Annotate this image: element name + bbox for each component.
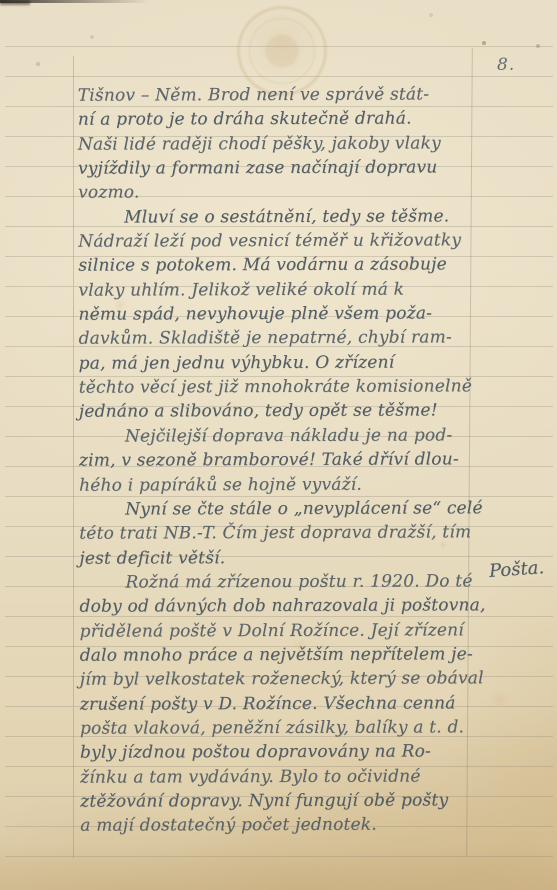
handwritten-line: pa, má jen jednu výhybku. O zřízení: [79, 350, 471, 376]
handwritten-line: davkům. Skladiště je nepatrné, chybí ram…: [79, 326, 471, 352]
handwritten-line: doby od dávných dob nahrazovala ji pošto…: [79, 594, 471, 620]
handwritten-line: žínku a tam vydávány. Bylo to očividné: [80, 764, 472, 790]
left-margin-line: [73, 56, 74, 858]
handwritten-line: pošta vlaková, peněžní zásilky, balíky a…: [80, 715, 472, 741]
handwritten-line: přidělená poště v Dolní Rožínce. Její zř…: [80, 618, 472, 644]
handwritten-line: ztěžování dopravy. Nyní fungují obě pošt…: [80, 788, 472, 814]
margin-note: Pošta.: [488, 557, 544, 582]
handwritten-line: vozmo.: [78, 180, 470, 206]
handwritten-line: a mají dostatečný počet jednotek.: [80, 813, 472, 839]
handwritten-line: Naši lidé raději chodí pěšky, jakoby vla…: [78, 131, 470, 157]
handwritten-line: dalo mnoho práce a největším nepřítelem …: [80, 642, 472, 668]
manuscript-text: Tišnov – Něm. Brod není ve správě stát-n…: [78, 82, 473, 838]
handwritten-line: silnice s potokem. Má vodárnu a zásobuje: [78, 253, 470, 279]
handwritten-line: hého i papíráků se hojně vyváží.: [79, 472, 471, 498]
handwritten-line: jest deficit větší.: [79, 545, 471, 571]
bottom-aging-shade: [0, 844, 557, 890]
manuscript-page: 8. Tišnov – Něm. Brod není ve správě stá…: [0, 0, 557, 890]
handwritten-line: Nejčilejší doprava nákladu je na pod-: [79, 423, 471, 449]
handwritten-line: této trati NB.-T. Čím jest doprava dražš…: [79, 521, 471, 547]
handwritten-line: těchto věcí jest již mnohokráte komision…: [79, 374, 471, 400]
handwritten-line: Nádraží leží pod vesnicí téměř u křižova…: [78, 228, 470, 254]
page-number: 8.: [497, 55, 515, 75]
handwritten-line: Mluví se o sestátnění, tedy se těšme.: [78, 204, 470, 230]
handwritten-line: zrušení pošty v D. Rožínce. Všechna cenn…: [80, 691, 472, 717]
handwritten-line: Tišnov – Něm. Brod není ve správě stát-: [78, 82, 470, 108]
handwritten-line: vyjíždily a formani zase načínají doprav…: [78, 155, 470, 181]
handwritten-line: zim, v sezoně bramborové! Také dříví dlo…: [79, 447, 471, 473]
handwritten-line: jím byl velkostatek roženecký, který se …: [80, 667, 472, 693]
handwritten-line: jednáno a slibováno, tedy opět se těšme!: [79, 399, 471, 425]
handwritten-line: ní a proto je to dráha skutečně drahá.: [78, 107, 470, 133]
handwritten-line: Rožná má zřízenou poštu r. 1920. Do té: [79, 569, 471, 595]
handwritten-line: Nyní se čte stále o „nevyplácení se“ cel…: [79, 496, 471, 522]
handwritten-line: němu spád, nevyhovuje plně všem poža-: [78, 301, 470, 327]
handwritten-line: vlaky uhlím. Jelikož veliké okolí má k: [78, 277, 470, 303]
handwritten-line: byly jízdnou poštou dopravovány na Ro-: [80, 740, 472, 766]
scan-edge-corner: [0, 0, 30, 5]
